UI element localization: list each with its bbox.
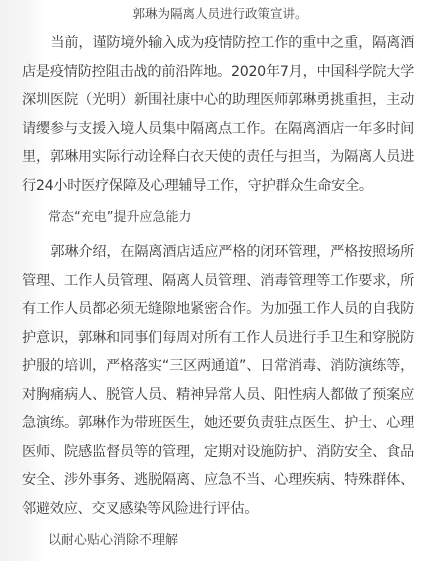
subheading-emergency-capability: 常态“充电”提升应急能力: [22, 207, 414, 229]
image-caption: 郭琳为隔离人员进行政策宣讲。: [22, 5, 414, 23]
paragraph-intro: 当前，谨防境外输入成为疫情防控工作的重中之重，隔离酒店是疫情防控阻击战的前沿阵地…: [22, 29, 414, 200]
article-body: 郭琳为隔离人员进行政策宣讲。 当前，谨防境外输入成为疫情防控工作的重中之重，隔离…: [22, 0, 414, 511]
paragraph-management: 郭琳介绍，在隔离酒店适应严格的闭环管理，严格按照场所管理、工作人员管理、隔离人员…: [22, 238, 414, 511]
